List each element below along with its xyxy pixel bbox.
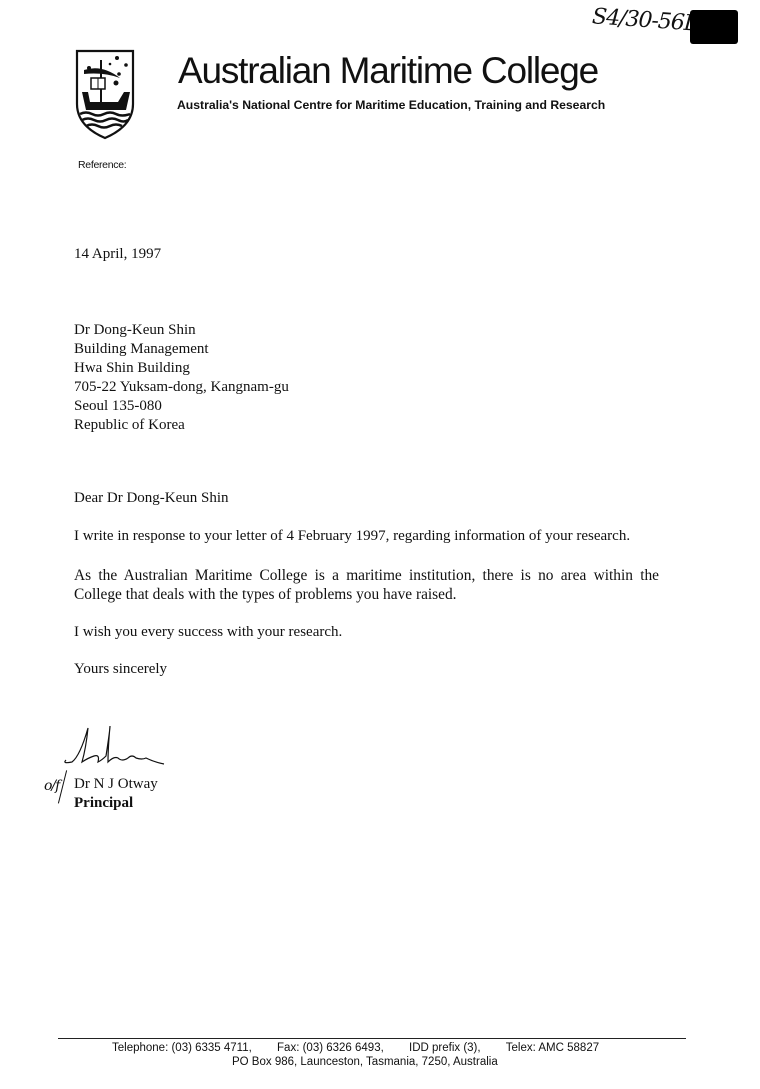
body-paragraph-3: I wish you every success with your resea… (74, 623, 342, 642)
recipient-name: Dr Dong-Keun Shin (74, 321, 289, 340)
footer-contact-line: Telephone: (03) 6335 4711, Fax: (03) 632… (112, 1042, 599, 1054)
footer-telex: Telex: AMC 58827 (506, 1042, 599, 1054)
letter-date: 14 April, 1997 (74, 246, 161, 263)
recipient-city: Seoul 135-080 (74, 397, 289, 416)
handwritten-reference: S4/30-56L (591, 4, 698, 36)
footer-address: PO Box 986, Launceston, Tasmania, 7250, … (232, 1056, 498, 1068)
recipient-country: Republic of Korea (74, 416, 289, 435)
signature-scribble-icon (58, 718, 178, 778)
crest-ship-icon (74, 48, 136, 140)
signatory-name: Dr N J Otway (74, 775, 158, 794)
college-tagline: Australia's National Centre for Maritime… (177, 98, 605, 112)
redaction-block (690, 10, 738, 44)
footer-fax: Fax: (03) 6326 6493, (277, 1042, 384, 1054)
handwritten-signature (58, 718, 178, 778)
signature-prefix: o/f (44, 778, 59, 794)
recipient-department: Building Management (74, 340, 289, 359)
footer-divider (58, 1038, 686, 1039)
signatory-title: Principal (74, 794, 133, 813)
recipient-address: Dr Dong-Keun Shin Building Management Hw… (74, 321, 289, 435)
recipient-street: 705-22 Yuksam-dong, Kangnam-gu (74, 378, 289, 397)
college-name: Australian Maritime College (178, 50, 598, 92)
closing: Yours sincerely (74, 660, 167, 679)
footer-idd: IDD prefix (3), (409, 1042, 481, 1054)
recipient-building: Hwa Shin Building (74, 359, 289, 378)
reference-label: Reference: (78, 159, 126, 171)
salutation: Dear Dr Dong-Keun Shin (74, 489, 229, 508)
college-crest-logo (74, 48, 136, 140)
footer-telephone: Telephone: (03) 6335 4711, (112, 1042, 252, 1054)
body-paragraph-1: I write in response to your letter of 4 … (74, 527, 630, 546)
body-paragraph-2: As the Australian Maritime College is a … (74, 566, 659, 604)
